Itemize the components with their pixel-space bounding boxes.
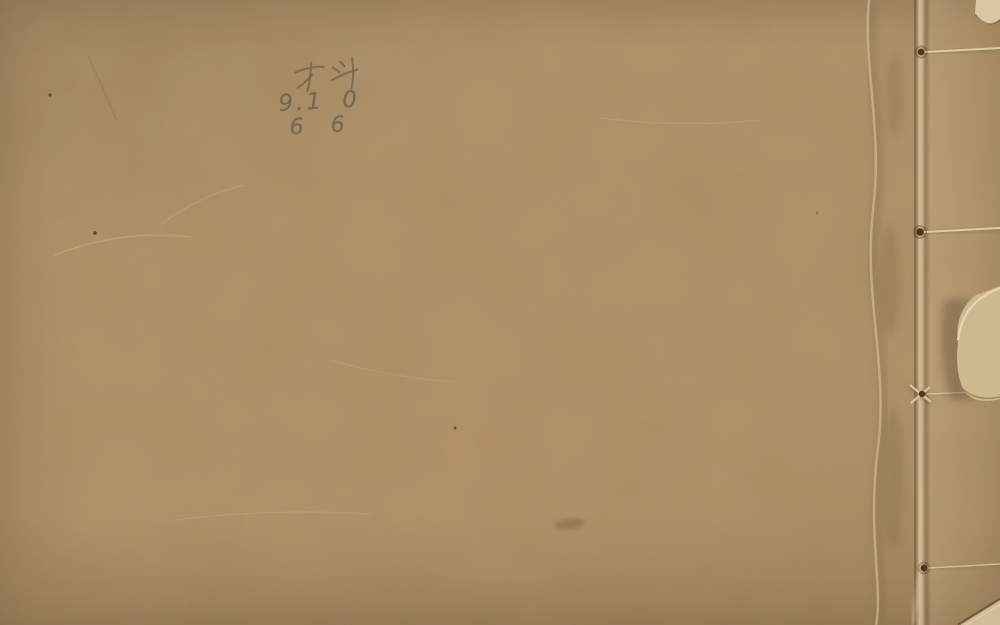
faint-stain [422, 428, 518, 464]
speck [48, 93, 51, 96]
stitch-hole [916, 228, 924, 236]
photographed-book-cover: 9.1 0 6 6 [0, 0, 1000, 625]
speck [454, 427, 457, 430]
speck [816, 212, 819, 215]
stitch-hole [921, 565, 928, 572]
torn-paper-flap [941, 286, 1000, 401]
cover-detail-overlay [0, 0, 1000, 625]
stitch-hole [919, 391, 925, 397]
speck [93, 231, 97, 235]
pencil-inscription: 9.1 0 6 6 [278, 85, 390, 141]
binding-fold [913, 0, 930, 625]
stitch-hole [918, 49, 925, 56]
paper-grain-texture [0, 0, 1000, 625]
